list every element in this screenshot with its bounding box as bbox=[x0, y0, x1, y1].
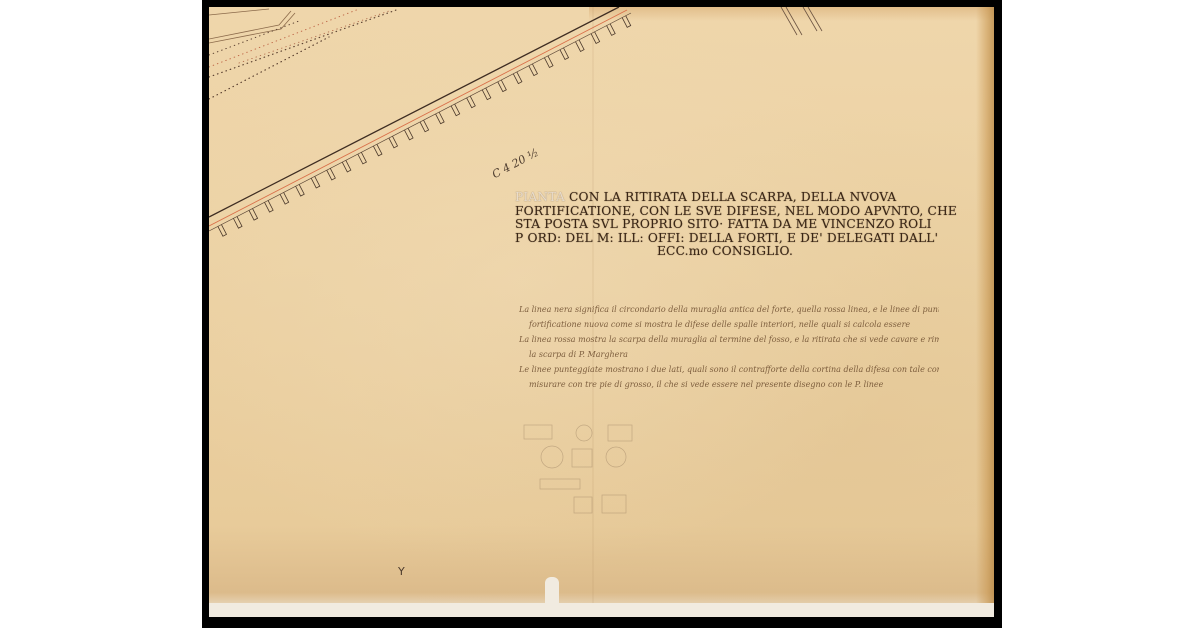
note-line-4: la scarpa di P. Marghera bbox=[519, 347, 939, 362]
note-line-5: Le linee punteggiate mostrano i due lati… bbox=[519, 362, 939, 377]
inscription-line-3: STA POSTA SVL PROPRIO SITO· FATTA DA ME … bbox=[515, 218, 935, 232]
faint-pencil-sketch bbox=[512, 405, 642, 515]
manuscript-sheet: C 4 20 ½ PIANTA CON LA RITIRATA DELLA SC… bbox=[209, 7, 994, 617]
margin-mark: Y bbox=[398, 565, 405, 578]
inscription-line-1: PIANTA CON LA RITIRATA DELLA SCARPA, DEL… bbox=[515, 191, 935, 205]
note-line-3: La linea rossa mostra la scarpa della mu… bbox=[519, 332, 939, 347]
note-line-6: misurare con tre pie di grosso, il che s… bbox=[519, 377, 939, 392]
note-line-2: fortificatione nuova come si mostra le d… bbox=[519, 317, 939, 332]
title-inscription: PIANTA CON LA RITIRATA DELLA SCARPA, DEL… bbox=[515, 191, 935, 259]
bastion-outline bbox=[209, 9, 295, 43]
inscription-line-5: ECC.mo CONSIGLIO. bbox=[515, 245, 935, 259]
note-line-1: La linea nera significa il circondario d… bbox=[519, 302, 939, 317]
torn-bottom-edge bbox=[209, 603, 994, 617]
inscription-line-2: FORTIFICATIONE, CON LE SVE DIFESE, NEL M… bbox=[515, 205, 935, 219]
handwritten-note: La linea nera significa il circondario d… bbox=[519, 302, 939, 392]
dotted-construction-lines bbox=[209, 9, 399, 99]
inscription-line-4: P ORD: DEL M: ILL: OFFI: DELLA FORTI, E … bbox=[515, 232, 935, 246]
hatch-lines bbox=[781, 7, 822, 35]
